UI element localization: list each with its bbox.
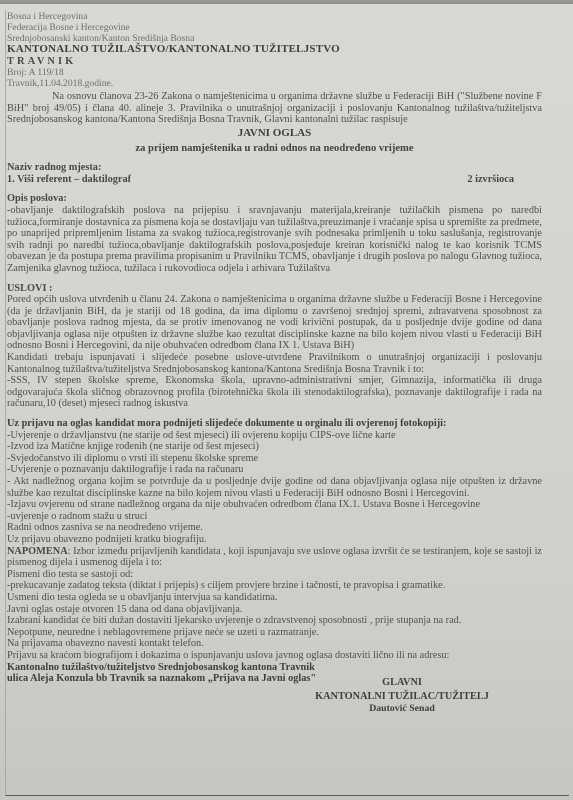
submission-address-line1: Kantonalno tužilaštvo/tužiteljstvo Sredn…: [7, 662, 542, 674]
position-label: Naziv radnog mjesta:: [7, 162, 542, 174]
intro-paragraph: Na osnovu članova 23-26 Zakona o namješt…: [7, 91, 542, 126]
document-item: - Akt nadležnog organa kojim se potvrđuj…: [7, 476, 542, 499]
note-line: Pismeni dio testa se sastoji od:: [7, 569, 542, 581]
document-page: Bosna i Hercegovina Federacija Bosne i H…: [0, 2, 573, 800]
header-institution: KANTONALNO TUŽILAŠTVO/KANTONALNO TUŽITEL…: [7, 44, 542, 56]
signature-line2: KANTONALNI TUŽILAC/TUŽITELJ: [282, 691, 522, 703]
note-line: Na prijavama obavezno navesti kontakt te…: [7, 638, 542, 650]
job-description-heading: Opis poslova:: [7, 193, 542, 205]
document-item: -Uvjerenje o poznavanju daktilografije i…: [7, 464, 542, 476]
note-line: Javni oglas ostaje otvoren 15 dana od da…: [7, 604, 542, 616]
note-line: -prekucavanje zadatog teksta (diktat i p…: [7, 580, 542, 592]
document-title: JAVNI OGLAS: [7, 128, 542, 140]
conditions-general: Pored općih uslova utvrđenih u članu 24.…: [7, 294, 542, 352]
employment-note: Radni odnos zasniva se na neodređeno vri…: [7, 522, 542, 534]
document-content: Bosna i Hercegovina Federacija Bosne i H…: [7, 11, 542, 714]
note-line: Nepotpune, neuredne i neblagovremene pri…: [7, 627, 542, 639]
position-name: 1. Viši referent – daktilograf: [7, 174, 131, 186]
note-text: : Izbor između prijavljenih kandidata , …: [7, 546, 542, 569]
document-item: -Svjedočanstvo ili diplomu o vrsti ili s…: [7, 453, 542, 465]
documents-heading: Uz prijavu na oglas kandidat mora podnij…: [7, 418, 542, 430]
header-country: Bosna i Hercegovina: [7, 11, 542, 22]
conditions-section: USLOVI : Pored općih uslova utvrđenih u …: [7, 283, 542, 411]
document-date: Travnik,11.04.2018.godine.: [7, 78, 542, 89]
job-description-text: -obavljanje daktilografskih poslova na p…: [7, 205, 542, 275]
letterhead: Bosna i Hercegovina Federacija Bosne i H…: [7, 11, 542, 89]
conditions-heading: USLOVI :: [7, 283, 542, 295]
conditions-special: Kandidati trebaju ispunjavati i slijedeć…: [7, 352, 542, 375]
document-item: -Izvod iza Matične knjige rođenih (ne st…: [7, 441, 542, 453]
job-description-section: Opis poslova: -obavljanje daktilografski…: [7, 193, 542, 274]
note-line: Izabrani kandidat će biti dužan dostavit…: [7, 615, 542, 627]
header-federation: Federacija Bosne i Hercegovine: [7, 22, 542, 33]
document-item: -Izjavu ovjerenu od strane nadležnog org…: [7, 499, 542, 511]
biography-note: Uz prijavu obavezno podnijeti kratku bio…: [7, 534, 542, 546]
document-item: -Uvjerenje o državljanstvu (ne starije o…: [7, 430, 542, 442]
signature-line1: GLAVNI: [282, 677, 522, 689]
documents-section: Uz prijavu na oglas kandidat mora podnij…: [7, 418, 542, 546]
signature-name: Dautović Senad: [282, 703, 522, 715]
documents-list: -Uvjerenje o državljanstvu (ne starije o…: [7, 430, 542, 476]
conditions-education: -SSS, IV stepen školske spreme, Ekonomsk…: [7, 375, 542, 410]
note-paragraph: NAPOMENA: Izbor između prijavljenih kand…: [7, 546, 542, 569]
position-row: 1. Viši referent – daktilograf 2 izvršio…: [7, 174, 542, 186]
note-line: Usmeni dio testa ogleda se u obavljanju …: [7, 592, 542, 604]
header-city: TRAVNIK: [7, 56, 542, 68]
document-item: -uvjerenje o radnom stažu u struci: [7, 511, 542, 523]
document-subtitle: za prijem namještenika u radni odnos na …: [7, 143, 542, 155]
submission-text: Prijavu sa kraćom biografijom i dokazima…: [7, 650, 542, 662]
position-count: 2 izvršioca: [467, 174, 542, 186]
note-lines: Pismeni dio testa se sastoji od: -prekuc…: [7, 569, 542, 650]
document-number: Broj: A 119/18: [7, 67, 542, 78]
note-label: NAPOMENA: [7, 546, 68, 557]
